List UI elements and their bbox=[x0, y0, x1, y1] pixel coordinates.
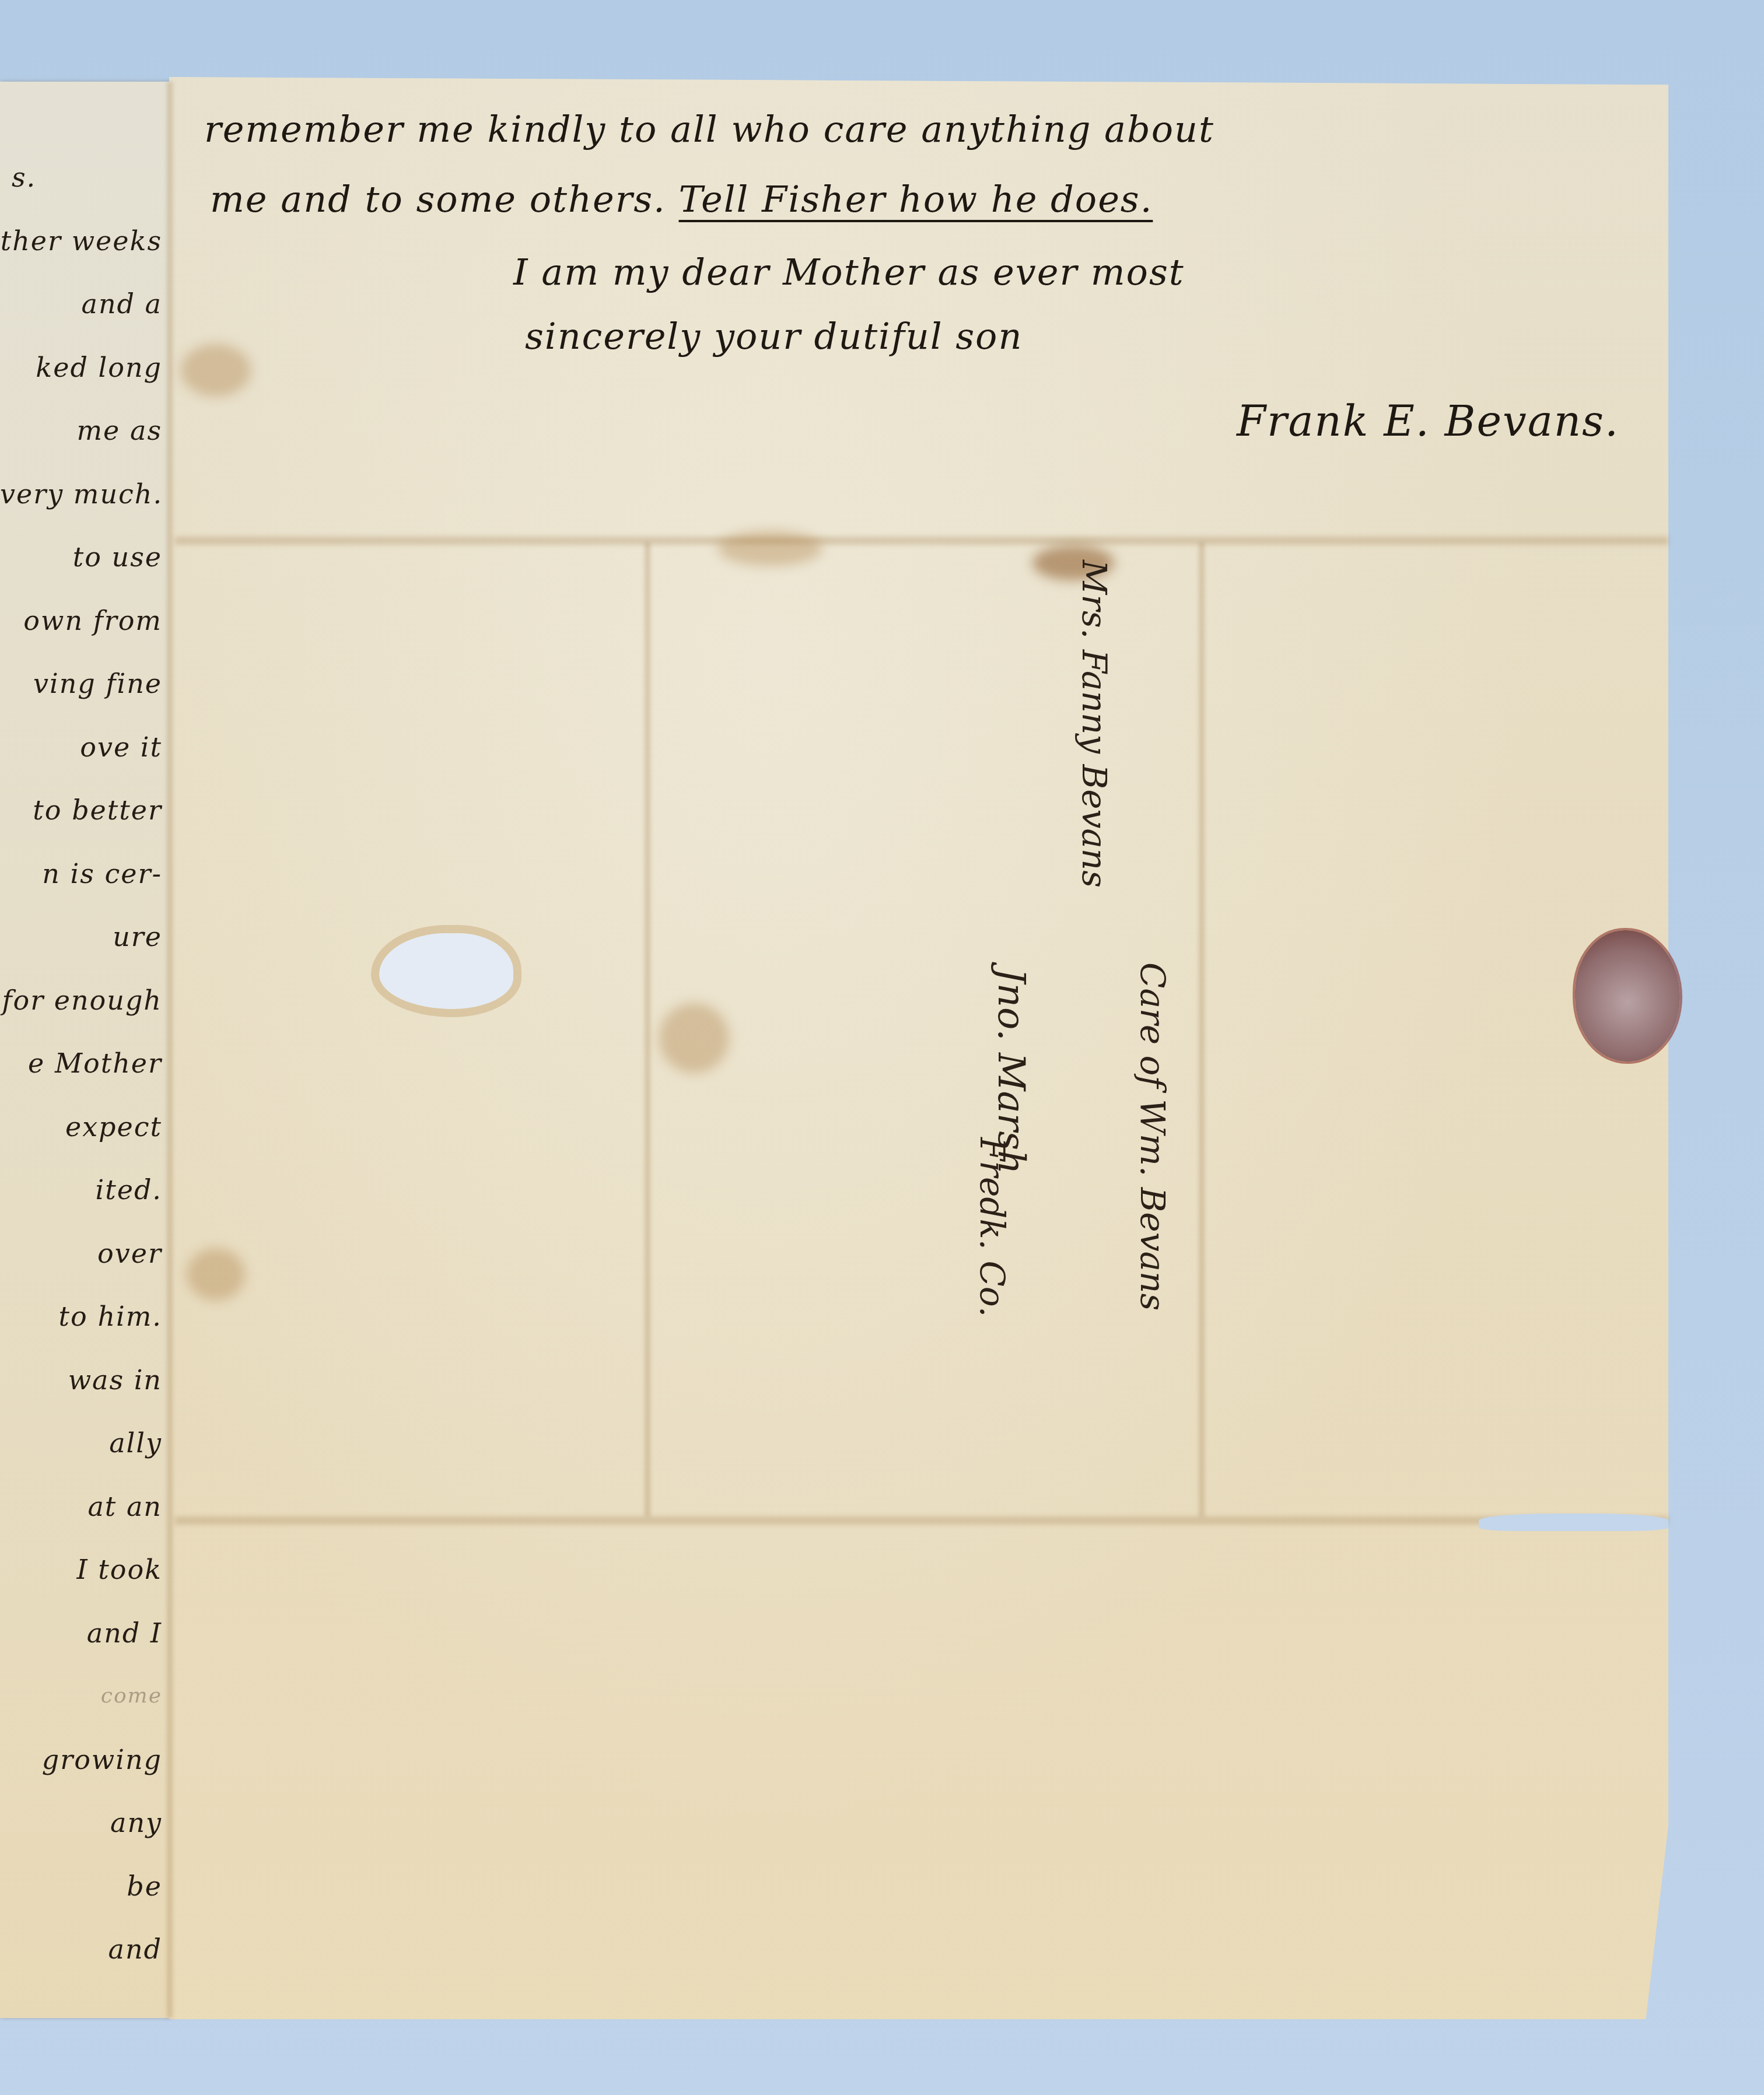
address-line-1: Mrs. Fanny Bevans bbox=[1074, 560, 1114, 888]
wax-seal-remnant bbox=[1575, 930, 1680, 1061]
margin-line: come bbox=[0, 1665, 169, 1728]
margin-line: ked long bbox=[0, 336, 169, 400]
address-line-4: Fredk. Co. bbox=[972, 1137, 1012, 1317]
horizontal-fold-bottom bbox=[175, 1516, 1668, 1525]
margin-line: ther weeks bbox=[0, 209, 169, 273]
vertical-fold-left bbox=[645, 542, 650, 1516]
margin-line: ally bbox=[0, 1411, 169, 1475]
margin-line: expect bbox=[0, 1095, 169, 1159]
margin-line: own from bbox=[0, 589, 169, 653]
closing-line-4: sincerely your dutiful son bbox=[525, 315, 1023, 358]
margin-line: at an bbox=[0, 1475, 169, 1539]
signature: Frank E. Bevans. bbox=[1237, 397, 1619, 446]
left-page-text: s. ther weeks and a ked long me as very … bbox=[0, 146, 169, 1981]
horizontal-fold-top bbox=[175, 537, 1668, 545]
closing-line-3: I am my dear Mother as ever most bbox=[513, 251, 1185, 293]
margin-line: be bbox=[0, 1855, 169, 1918]
margin-line: I took bbox=[0, 1538, 169, 1602]
margin-line: ure bbox=[0, 905, 169, 969]
foxing-stain bbox=[717, 531, 822, 566]
edge-tear bbox=[1479, 1514, 1668, 1531]
margin-line: and a bbox=[0, 272, 169, 336]
margin-line: growing bbox=[0, 1728, 169, 1792]
vertical-fold-right bbox=[1199, 542, 1205, 1516]
foxing-stain bbox=[187, 1248, 245, 1301]
foxing-stain bbox=[181, 344, 251, 397]
foxing-stain bbox=[659, 1003, 729, 1073]
margin-line: to use bbox=[0, 525, 169, 589]
margin-line: was in bbox=[0, 1348, 169, 1412]
margin-line: very much. bbox=[0, 463, 169, 526]
main-letter-sheet bbox=[169, 77, 1668, 2019]
margin-line: and bbox=[0, 1918, 169, 1981]
margin-line: ving fine bbox=[0, 652, 169, 716]
margin-line: e Mother bbox=[0, 1032, 169, 1095]
margin-line: to better bbox=[0, 779, 169, 842]
margin-line: n is cer- bbox=[0, 842, 169, 906]
margin-line: over bbox=[0, 1222, 169, 1285]
paper-hole bbox=[379, 933, 513, 1009]
closing-line-1: remember me kindly to all who care anyth… bbox=[204, 108, 1214, 150]
margin-line: ited. bbox=[0, 1158, 169, 1222]
margin-line: any bbox=[0, 1791, 169, 1855]
closing-line-2: me and to some others. Tell Fisher how h… bbox=[210, 178, 1153, 220]
margin-line: to him. bbox=[0, 1285, 169, 1348]
margin-line: ove it bbox=[0, 716, 169, 779]
closing-line-2-start: me and to some others. bbox=[210, 178, 679, 220]
address-line-2: Care of Wm. Bevans bbox=[1133, 962, 1172, 1311]
letter-photograph: remember me kindly to all who care anyth… bbox=[0, 0, 1764, 2095]
margin-line: s. bbox=[0, 146, 169, 209]
margin-line: and I bbox=[0, 1602, 169, 1665]
closing-line-2-underlined: Tell Fisher how he does. bbox=[679, 178, 1153, 220]
margin-line: for enough bbox=[0, 969, 169, 1032]
margin-line: me as bbox=[0, 399, 169, 463]
